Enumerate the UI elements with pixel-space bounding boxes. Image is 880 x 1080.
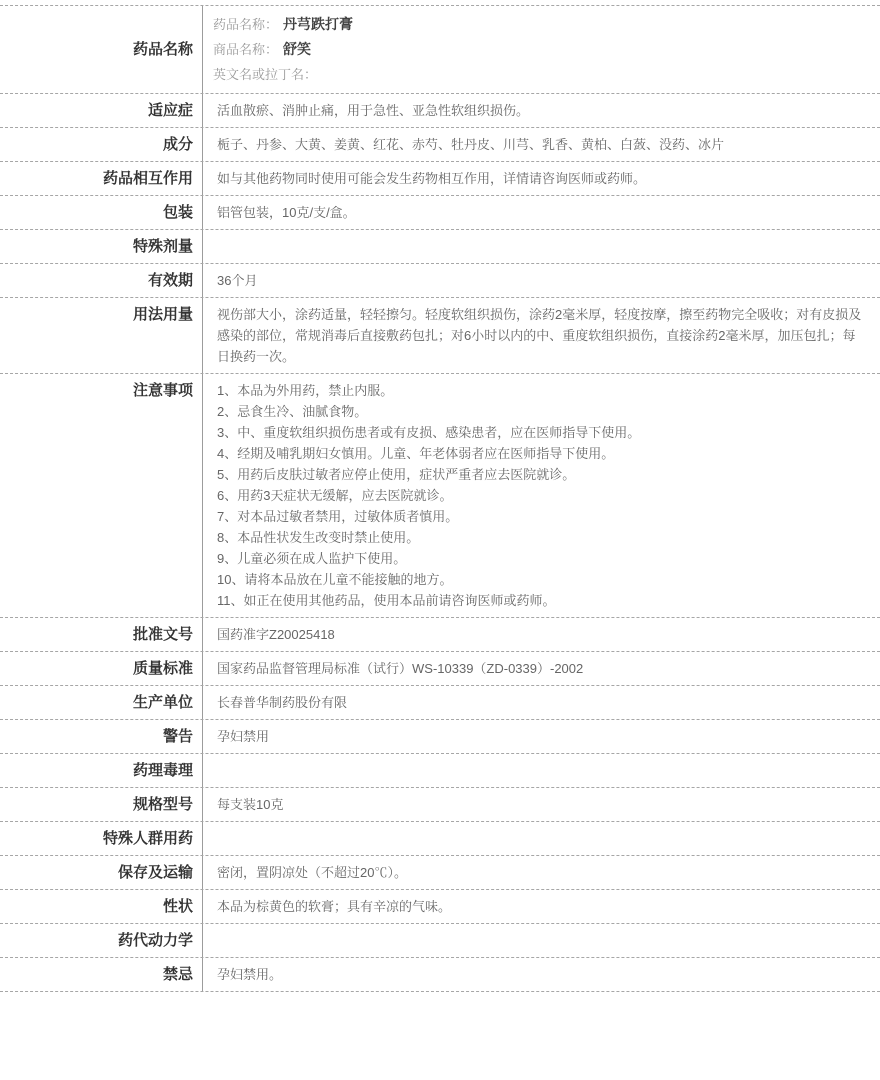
row-label: 生产单位 (0, 686, 203, 719)
row-value (203, 822, 880, 855)
row-label: 用法用量 (0, 298, 203, 373)
row-value (203, 924, 880, 957)
row-label: 警告 (0, 720, 203, 753)
table-row: 适应症活血散瘀、消肿止痛，用于急性、亚急性软组织损伤。 (0, 94, 880, 128)
note-line: 10、请将本品放在儿童不能接触的地方。 (217, 569, 864, 590)
table-rows-container: 适应症活血散瘀、消肿止痛，用于急性、亚急性软组织损伤。成分栀子、丹参、大黄、姜黄… (0, 94, 880, 992)
row-value: 1、本品为外用药，禁止内服。2、忌食生冷、油腻食物。3、中、重度软组织损伤患者或… (203, 374, 880, 617)
table-row: 药代动力学 (0, 924, 880, 958)
note-line: 6、用药3天症状无缓解，应去医院就诊。 (217, 485, 864, 506)
row-value (203, 754, 880, 787)
row-value: 36个月 (203, 264, 880, 297)
row-label: 保存及运输 (0, 856, 203, 889)
note-line: 3、中、重度软组织损伤患者或有皮损、感染患者，应在医师指导下使用。 (217, 422, 864, 443)
row-label: 批准文号 (0, 618, 203, 651)
row-value: 视伤部大小，涂药适量，轻轻擦匀。轻度软组织损伤，涂药2毫米厚，轻度按摩，擦至药物… (203, 298, 880, 373)
table-row: 生产单位长春普华制药股份有限 (0, 686, 880, 720)
row-value: 药品名称：丹芎跌打膏 商品名称：舒笑 英文名或拉丁名： (203, 6, 880, 93)
row-value: 本品为棕黄色的软膏；具有辛凉的气味。 (203, 890, 880, 923)
row-label: 药理毒理 (0, 754, 203, 787)
table-row: 批准文号国药准字Z20025418 (0, 618, 880, 652)
table-row: 警告孕妇禁用 (0, 720, 880, 754)
table-row: 规格型号每支装10克 (0, 788, 880, 822)
row-label: 禁忌 (0, 958, 203, 991)
table-row: 保存及运输密闭，置阴凉处（不超过20℃）。 (0, 856, 880, 890)
row-value: 每支装10克 (203, 788, 880, 821)
table-row: 用法用量视伤部大小，涂药适量，轻轻擦匀。轻度软组织损伤，涂药2毫米厚，轻度按摩，… (0, 298, 880, 374)
table-row: 禁忌孕妇禁用。 (0, 958, 880, 992)
row-label: 注意事项 (0, 374, 203, 617)
table-row: 药理毒理 (0, 754, 880, 788)
note-line: 2、忌食生冷、油腻食物。 (217, 401, 864, 422)
row-value: 栀子、丹参、大黄、姜黄、红花、赤芍、牡丹皮、川芎、乳香、黄柏、白蔹、没药、冰片 (203, 128, 880, 161)
note-line: 9、儿童必须在成人监护下使用。 (217, 548, 864, 569)
row-label: 质量标准 (0, 652, 203, 685)
table-row: 特殊人群用药 (0, 822, 880, 856)
table-row: 药品相互作用如与其他药物同时使用可能会发生药物相互作用，详情请咨询医师或药师。 (0, 162, 880, 196)
row-label: 规格型号 (0, 788, 203, 821)
table-row: 有效期36个月 (0, 264, 880, 298)
drug-name-prefix: 药品名称： (213, 17, 278, 32)
row-value: 长春普华制药股份有限 (203, 686, 880, 719)
table-row: 注意事项1、本品为外用药，禁止内服。2、忌食生冷、油腻食物。3、中、重度软组织损… (0, 374, 880, 618)
row-value: 密闭，置阴凉处（不超过20℃）。 (203, 856, 880, 889)
english-name-prefix: 英文名或拉丁名： (213, 67, 317, 82)
table-row: 特殊剂量 (0, 230, 880, 264)
drug-info-table: 药品名称 药品名称：丹芎跌打膏 商品名称：舒笑 英文名或拉丁名： 适应症活血散瘀… (0, 5, 880, 992)
table-row: 性状本品为棕黄色的软膏；具有辛凉的气味。 (0, 890, 880, 924)
trade-name-value: 舒笑 (283, 41, 311, 57)
row-value (203, 230, 880, 263)
row-label: 药品名称 (0, 6, 203, 93)
note-line: 11、如正在使用其他药品，使用本品前请咨询医师或药师。 (217, 590, 864, 611)
row-label: 药代动力学 (0, 924, 203, 957)
english-name-line: 英文名或拉丁名： (213, 62, 864, 87)
row-value: 活血散瘀、消肿止痛，用于急性、亚急性软组织损伤。 (203, 94, 880, 127)
note-line: 7、对本品过敏者禁用，过敏体质者慎用。 (217, 506, 864, 527)
row-label: 适应症 (0, 94, 203, 127)
row-label: 特殊人群用药 (0, 822, 203, 855)
row-value: 国药准字Z20025418 (203, 618, 880, 651)
note-line: 1、本品为外用药，禁止内服。 (217, 380, 864, 401)
row-value: 孕妇禁用。 (203, 958, 880, 991)
row-value: 如与其他药物同时使用可能会发生药物相互作用，详情请咨询医师或药师。 (203, 162, 880, 195)
table-row: 包装铝管包装，10克/支/盒。 (0, 196, 880, 230)
row-label: 药品相互作用 (0, 162, 203, 195)
table-row: 质量标准国家药品监督管理局标准（试行）WS-10339（ZD-0339）-200… (0, 652, 880, 686)
row-label: 特殊剂量 (0, 230, 203, 263)
row-value: 孕妇禁用 (203, 720, 880, 753)
note-line: 4、经期及哺乳期妇女慎用。儿童、年老体弱者应在医师指导下使用。 (217, 443, 864, 464)
note-line: 5、用药后皮肤过敏者应停止使用，症状严重者应去医院就诊。 (217, 464, 864, 485)
drug-name-line: 药品名称：丹芎跌打膏 (213, 12, 864, 37)
row-label: 性状 (0, 890, 203, 923)
row-label: 成分 (0, 128, 203, 161)
table-row: 成分栀子、丹参、大黄、姜黄、红花、赤芍、牡丹皮、川芎、乳香、黄柏、白蔹、没药、冰… (0, 128, 880, 162)
trade-name-line: 商品名称：舒笑 (213, 37, 864, 62)
note-line: 8、本品性状发生改变时禁止使用。 (217, 527, 864, 548)
table-row-drug-name: 药品名称 药品名称：丹芎跌打膏 商品名称：舒笑 英文名或拉丁名： (0, 6, 880, 94)
trade-name-prefix: 商品名称： (213, 42, 278, 57)
row-value: 国家药品监督管理局标准（试行）WS-10339（ZD-0339）-2002 (203, 652, 880, 685)
row-value: 铝管包装，10克/支/盒。 (203, 196, 880, 229)
row-label: 有效期 (0, 264, 203, 297)
row-label: 包装 (0, 196, 203, 229)
drug-name-value: 丹芎跌打膏 (283, 16, 353, 32)
